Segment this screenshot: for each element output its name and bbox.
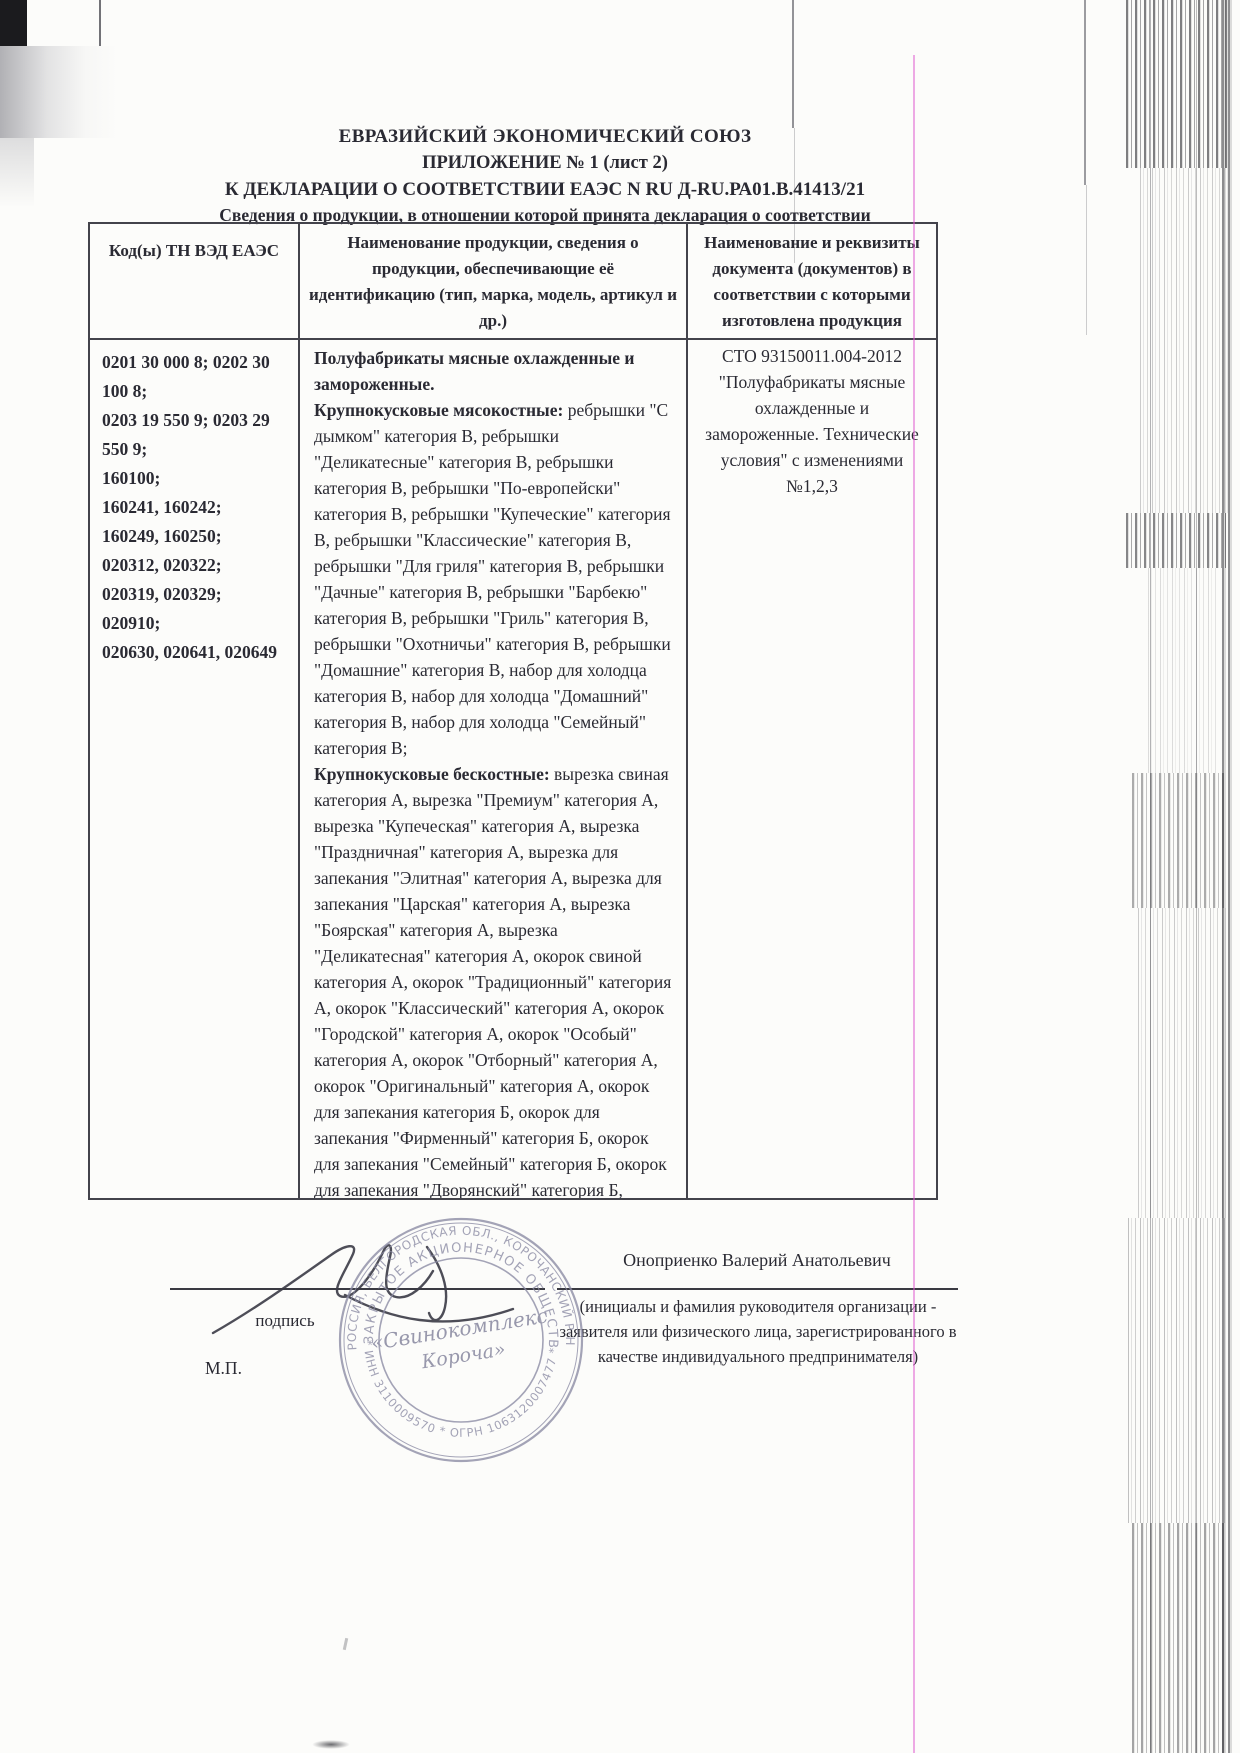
annex-title: ПРИЛОЖЕНИЕ № 1 (лист 2) — [0, 153, 1090, 174]
scan-line-artifact — [792, 0, 794, 128]
product-group2-text: вырезка свиная категория А, вырезка "Пре… — [314, 764, 671, 1198]
corner-gray-artifact — [0, 46, 118, 138]
scanned-declaration-page: ЕВРАЗИЙСКИЙ ЭКОНОМИЧЕСКИЙ СОЮЗ ПРИЛОЖЕНИ… — [0, 0, 1240, 1753]
signature-caption-line: качестве индивидуального предпринимателя… — [542, 1344, 974, 1369]
code-line: 020630, 020641, 020649 — [102, 638, 292, 667]
corner-black-artifact — [0, 0, 27, 46]
scan-streak-artifact — [1138, 908, 1226, 1218]
column-header-product: Наименование продукции, сведения о проду… — [300, 224, 688, 340]
code-line: 020319, 020329; — [102, 580, 292, 609]
scan-streak-artifact — [1126, 0, 1230, 168]
seal-place-label: М.П. — [205, 1358, 242, 1379]
declaration-number: К ДЕКЛАРАЦИИ О СООТВЕТСТВИИ ЕАЭС N RU Д-… — [0, 179, 1090, 201]
product-title: Полуфабрикаты мясные охлажденные и замор… — [314, 348, 634, 394]
document-cell: СТО 93150011.004-2012 "Полуфабрикаты мяс… — [688, 340, 936, 1198]
product-table: Код(ы) ТН ВЭД ЕАЭС Наименование продукци… — [88, 222, 938, 1200]
signature-caption-line: (инициалы и фамилия руководителя организ… — [542, 1294, 974, 1319]
union-title: ЕВРАЗИЙСКИЙ ЭКОНОМИЧЕСКИЙ СОЮЗ — [0, 126, 1090, 148]
signature-caption-line: заявителя или физического лица, зарегист… — [542, 1319, 974, 1344]
scan-line-artifact — [99, 0, 101, 46]
product-group1-label: Крупнокусковые мясокостные: — [314, 400, 563, 420]
smudge-artifact — [312, 1740, 350, 1749]
scan-streak-artifact — [1132, 773, 1224, 908]
code-line: 0203 19 550 9; 0203 29 550 9; — [102, 406, 292, 464]
code-line: 160249, 160250; — [102, 522, 292, 551]
column-header-document: Наименование и реквизиты документа (доку… — [688, 224, 936, 340]
code-line: 0201 30 000 8; 0202 30 100 8; — [102, 348, 292, 406]
signatory-name: Оноприенко Валерий Анатольевич — [557, 1250, 957, 1271]
signature-caption: (инициалы и фамилия руководителя организ… — [542, 1294, 974, 1369]
scan-streak-artifact — [1128, 1218, 1226, 1523]
column-header-codes: Код(ы) ТН ВЭД ЕАЭС — [90, 224, 300, 340]
scan-streak-artifact — [1140, 168, 1228, 513]
scan-line-artifact — [1150, 0, 1151, 1753]
code-line: 020312, 020322; — [102, 551, 292, 580]
product-cell: Полуфабрикаты мясные охлажденные и замор… — [300, 340, 688, 1198]
scan-streak-artifact — [1148, 568, 1220, 773]
code-line: 160100; — [102, 464, 292, 493]
smudge-artifact — [343, 1638, 348, 1650]
company-stamp: РОССИЯ, БЕЛГОРОДСКАЯ ОБЛ., КОРОЧАНСКИЙ Р… — [333, 1212, 589, 1468]
scan-line-artifact — [1196, 0, 1197, 1753]
signature-line-right — [557, 1288, 958, 1290]
product-group1-text: ребрышки "С дымком" категория В, ребрышк… — [314, 400, 671, 758]
product-group2-label: Крупнокусковые бескостные: — [314, 764, 550, 784]
scan-streak-artifact — [1132, 1523, 1226, 1753]
codes-cell: 0201 30 000 8; 0202 30 100 8; 0203 19 55… — [90, 340, 300, 1198]
code-line: 160241, 160242; — [102, 493, 292, 522]
code-line: 020910; — [102, 609, 292, 638]
scan-streak-artifact — [1126, 513, 1226, 568]
edge-streak-artifact — [1222, 0, 1234, 1753]
